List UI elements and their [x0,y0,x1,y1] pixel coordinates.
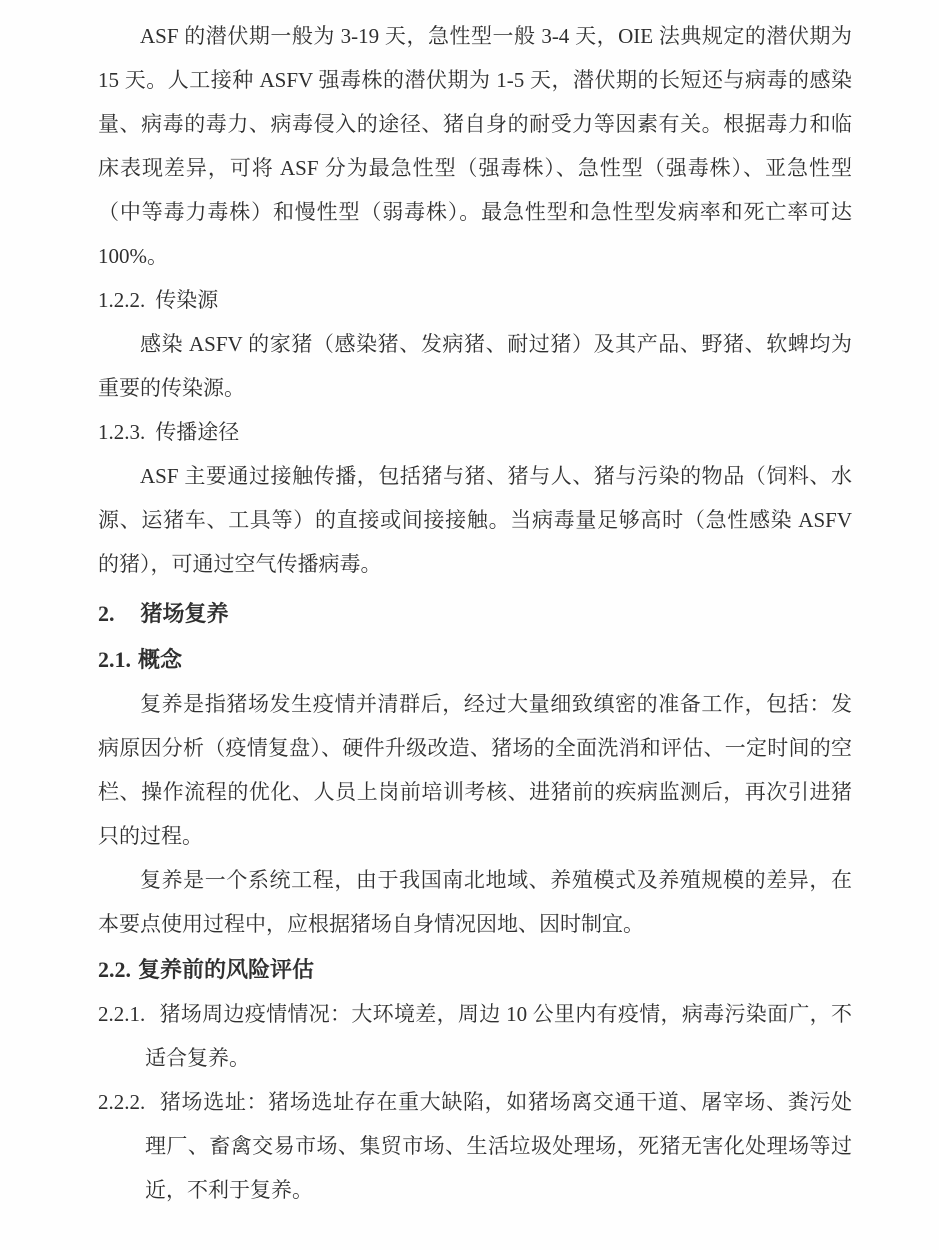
list-item-number: 2.2.1. [98,992,145,1036]
paragraph-asf-incubation: ASF 的潜伏期一般为 3-19 天，急性型一般 3-4 天，OIE 法典规定的… [98,14,852,278]
section-number: 1.2.3. [98,420,145,444]
document-page: ASF 的潜伏期一般为 3-19 天，急性型一般 3-4 天，OIE 法典规定的… [0,0,939,1250]
list-item-2-2-2: 2.2.2.猪场选址：猪场选址存在重大缺陷，如猪场离交通干道、屠宰场、粪污处理厂… [98,1080,852,1212]
section-title: 复养前的风险评估 [138,957,314,982]
list-item-text: 猪场周边疫情情况：大环境差，周边 10 公里内有疫情，病毒污染面广，不适合复养。 [145,1002,852,1070]
section-number: 2.1. [98,647,131,672]
section-title: 猪场复养 [141,601,229,626]
heading-2-1: 2.1.概念 [98,638,852,682]
heading-2: 2.猪场复养 [98,592,852,636]
list-item-number: 2.2.2. [98,1080,145,1124]
section-title: 概念 [138,647,182,672]
section-number: 2. [98,601,115,626]
heading-1-2-3: 1.2.3.传播途径 [98,410,852,454]
paragraph-fuyang-definition: 复养是指猪场发生疫情并清群后，经过大量细致缜密的准备工作，包括：发病原因分析（疫… [98,682,852,858]
section-number: 1.2.2. [98,288,145,312]
paragraph-infection-source: 感染 ASFV 的家猪（感染猪、发病猪、耐过猪）及其产品、野猪、软蜱均为重要的传… [98,322,852,410]
list-item-2-2-1: 2.2.1.猪场周边疫情情况：大环境差，周边 10 公里内有疫情，病毒污染面广，… [98,992,852,1080]
section-title: 传播途径 [155,420,239,444]
section-title: 传染源 [155,288,218,312]
section-number: 2.2. [98,957,131,982]
list-item-text: 猪场选址：猪场选址存在重大缺陷，如猪场离交通干道、屠宰场、粪污处理厂、畜禽交易市… [145,1090,852,1202]
paragraph-transmission-route: ASF 主要通过接触传播，包括猪与猪、猪与人、猪与污染的物品（饲料、水源、运猪车… [98,454,852,586]
heading-1-2-2: 1.2.2.传染源 [98,278,852,322]
heading-2-2: 2.2.复养前的风险评估 [98,948,852,992]
paragraph-fuyang-system: 复养是一个系统工程，由于我国南北地域、养殖模式及养殖规模的差异，在本要点使用过程… [98,858,852,946]
